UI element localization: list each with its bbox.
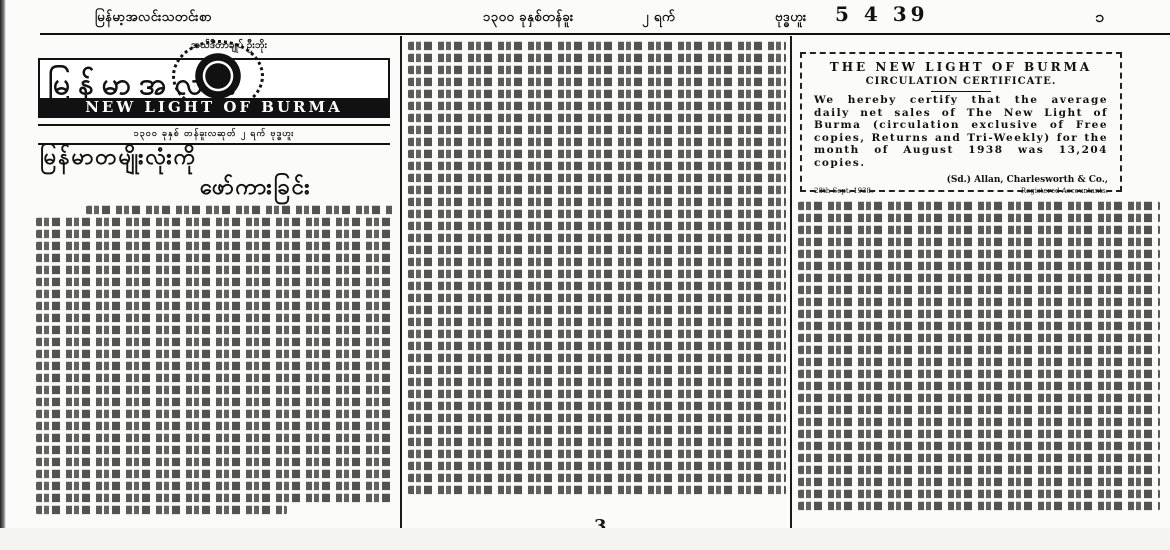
series-text: မြန်မာ့အလင်းသတင်းစာ (95, 9, 212, 28)
text-line (36, 374, 394, 382)
date-stamp: 5 4 39 (835, 2, 929, 26)
text-line (408, 162, 786, 170)
text-line (798, 454, 1160, 462)
column-divider (790, 36, 792, 528)
text-line (798, 394, 1160, 402)
certificate-date: 28th Sept. 1938. (814, 187, 873, 195)
text-line (798, 430, 1160, 438)
certificate-title: THE NEW LIGHT OF BURMA (814, 60, 1108, 74)
top-rule (40, 33, 1170, 35)
text-line (408, 90, 786, 98)
text-line (36, 338, 394, 346)
article-column-1 (36, 204, 394, 526)
text-line (36, 434, 394, 442)
day-text: ၂ ရက် (642, 9, 675, 28)
text-line (36, 314, 394, 322)
text-line (408, 102, 786, 110)
text-line (408, 390, 786, 398)
certificate-role: Registered Accountants. (1021, 187, 1108, 195)
text-line (408, 246, 786, 254)
text-line (798, 382, 1160, 390)
headline-line-1: မြန်မာတမျိုးလုံးကို (40, 142, 197, 175)
text-line (408, 78, 786, 86)
issue-text: ၁၃၀၀ ခုနှစ်တန်ခူး (483, 9, 574, 28)
article-column-3 (798, 200, 1160, 526)
text-line (798, 442, 1160, 450)
text-line (36, 290, 394, 298)
masthead: အယ်ဒီတာချုပ် ဦးဘိုး မြန်မာ့အလင်း NEW LIG… (38, 38, 390, 145)
text-line (798, 370, 1160, 378)
text-line (408, 114, 786, 122)
text-line (36, 398, 394, 406)
text-line (798, 334, 1160, 342)
text-line (36, 302, 394, 310)
text-line (36, 446, 394, 454)
newspaper-page: မြန်မာ့အလင်းသတင်းစာ ၁၃၀၀ ခုနှစ်တန်ခူး ၂ … (0, 0, 1170, 550)
text-line (36, 422, 394, 430)
text-line (408, 270, 786, 278)
certificate-footer: 28th Sept. 1938. Registered Accountants. (814, 187, 1108, 195)
circulation-certificate: THE NEW LIGHT OF BURMA CIRCULATION CERTI… (800, 52, 1122, 192)
text-line (408, 306, 786, 314)
certificate-subtitle: CIRCULATION CERTIFICATE. (814, 76, 1108, 87)
text-line (36, 482, 394, 490)
text-line (408, 486, 786, 494)
scan-edge (0, 0, 6, 550)
text-line (408, 222, 786, 230)
text-line (36, 350, 394, 358)
weekday-text: ဗုဒ္ဓဟူး (775, 9, 807, 28)
sun-emblem-icon (178, 46, 258, 106)
text-line (36, 278, 394, 286)
text-line (408, 426, 786, 434)
text-line (408, 354, 786, 362)
text-line (408, 234, 786, 242)
text-line (408, 150, 786, 158)
text-line (36, 266, 394, 274)
text-line (408, 438, 786, 446)
text-line (36, 230, 394, 238)
text-line (408, 318, 786, 326)
text-line (798, 202, 1160, 210)
text-line (408, 198, 786, 206)
text-line (798, 358, 1160, 366)
text-line (86, 206, 394, 214)
text-line (408, 42, 786, 50)
text-line (798, 346, 1160, 354)
english-title: NEW LIGHT OF BURMA (40, 98, 388, 116)
text-line (408, 258, 786, 266)
text-line (408, 402, 786, 410)
text-line (408, 126, 786, 134)
page-number: ၁ (1095, 6, 1105, 30)
text-line (36, 506, 287, 514)
text-line (408, 330, 786, 338)
text-line (36, 218, 394, 226)
text-line (408, 210, 786, 218)
text-line (798, 238, 1160, 246)
text-line (408, 450, 786, 458)
text-line (798, 226, 1160, 234)
text-line (798, 274, 1160, 282)
text-line (408, 294, 786, 302)
text-line (798, 466, 1160, 474)
text-line (798, 406, 1160, 414)
text-line (36, 458, 394, 466)
text-line (36, 362, 394, 370)
headline-line-2: ဖော်ကားခြင်း (200, 172, 312, 205)
folio-line: မြန်မာ့အလင်းသတင်းစာ ၁၃၀၀ ခုနှစ်တန်ခူး ၂ … (95, 4, 1145, 32)
text-line (798, 262, 1160, 270)
text-line (408, 462, 786, 470)
text-line (798, 418, 1160, 426)
text-line (408, 66, 786, 74)
text-line (798, 286, 1160, 294)
text-line (798, 490, 1160, 498)
text-line (36, 494, 394, 502)
text-line (798, 478, 1160, 486)
text-line (408, 474, 786, 482)
text-line (408, 414, 786, 422)
scan-margin (0, 528, 1170, 550)
text-line (408, 282, 786, 290)
text-line (408, 54, 786, 62)
certificate-signature: (Sd.) Allan, Charlesworth & Co., (814, 175, 1108, 185)
text-line (36, 326, 394, 334)
text-line (408, 174, 786, 182)
text-line (408, 366, 786, 374)
article-column-2 (408, 40, 786, 512)
text-line (408, 378, 786, 386)
divider (931, 91, 991, 92)
certificate-body: We hereby certify that the average daily… (814, 94, 1108, 169)
text-line (408, 138, 786, 146)
text-line (36, 242, 394, 250)
text-line (798, 322, 1160, 330)
text-line (36, 386, 394, 394)
text-line (798, 214, 1160, 222)
text-line (408, 186, 786, 194)
text-line (798, 502, 1160, 510)
newspaper-logo: မြန်မာ့အလင်း NEW LIGHT OF BURMA (38, 58, 390, 118)
text-line (408, 342, 786, 350)
text-line (798, 310, 1160, 318)
text-line (36, 410, 394, 418)
column-divider (400, 36, 402, 528)
text-line (36, 254, 394, 262)
text-line (798, 298, 1160, 306)
text-line (36, 470, 394, 478)
text-line (798, 250, 1160, 258)
